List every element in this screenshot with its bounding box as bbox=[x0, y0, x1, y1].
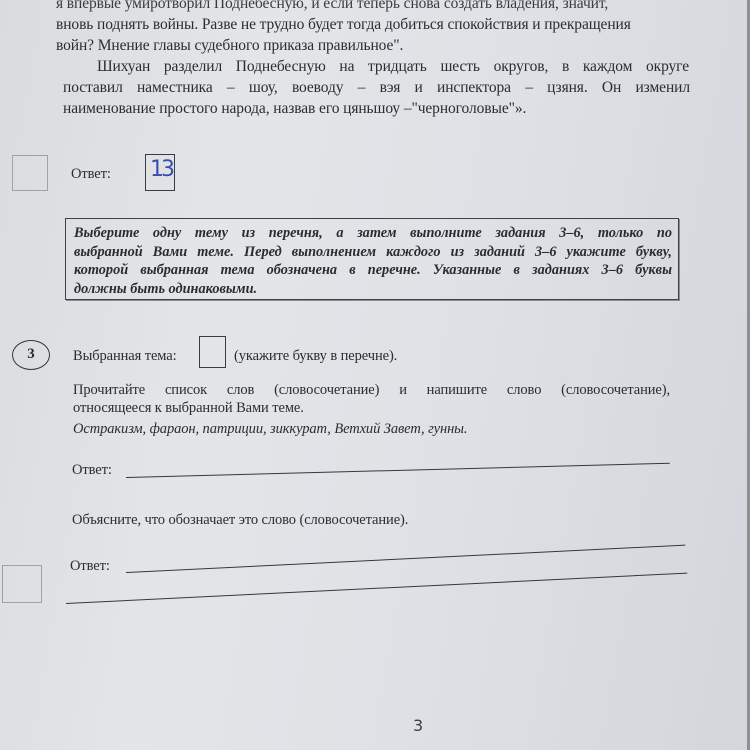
text-para2-line-3: наименование простого народа, назвав его… bbox=[63, 98, 526, 119]
chosen-topic-label: Выбранная тема: bbox=[73, 346, 177, 367]
task3-prompt-line-2: относящееся к выбранной Вами теме. bbox=[73, 399, 304, 417]
text-line-1: я впервые умиротворил Поднебесную, и есл… bbox=[56, 0, 608, 14]
chosen-topic-field[interactable] bbox=[199, 336, 226, 368]
exam-page: я впервые умиротворил Поднебесную, и есл… bbox=[0, 0, 750, 750]
word-list: Остракизм, фараон, патриции, зиккурат, В… bbox=[73, 420, 467, 438]
instruction-box: Выберите одну тему из перечня, а затем в… bbox=[65, 218, 679, 300]
answer-label-task2: Ответ: bbox=[71, 164, 111, 185]
answer-label-task3-word: Ответ: bbox=[72, 460, 112, 481]
score-box-task3 bbox=[2, 565, 42, 603]
text-para2-line-2: поставил наместника – шоу, воеводу – вэя… bbox=[63, 77, 690, 98]
chosen-topic-hint: (укажите букву в перечне). bbox=[234, 346, 397, 367]
task3-prompt-line-1: Прочитайте список слов (словосочетание) … bbox=[73, 381, 670, 399]
answer-label-task3-explain: Ответ: bbox=[70, 556, 110, 577]
instruction-line-3: которой выбранная тема обозначена в пере… bbox=[74, 261, 672, 280]
answer-line-task3-explain-2[interactable] bbox=[66, 573, 687, 605]
text-line-2: вновь поднять войны. Разве не трудно буд… bbox=[56, 14, 631, 35]
answer-line-task3-explain-1[interactable] bbox=[126, 545, 685, 574]
text-line-3: войн? Мнение главы судебного приказа пра… bbox=[56, 35, 403, 56]
instruction-line-4: должны быть одинаковыми. bbox=[74, 280, 672, 299]
explain-prompt: Объясните, что обозначает это слово (сло… bbox=[72, 510, 408, 531]
instruction-line-2: выбранной Вами теме. Перед выполнением к… bbox=[74, 243, 672, 262]
task-number-badge: 3 bbox=[12, 340, 50, 370]
page-number: 3 bbox=[413, 716, 423, 735]
answer-line-task3-word[interactable] bbox=[126, 463, 670, 479]
score-box-task2 bbox=[12, 155, 48, 191]
instruction-line-1: Выберите одну тему из перечня, а затем в… bbox=[74, 224, 672, 243]
handwritten-answer: 13 bbox=[150, 157, 172, 182]
text-para2-line-1: Шихуан разделил Поднебесную на тридцать … bbox=[97, 56, 689, 77]
